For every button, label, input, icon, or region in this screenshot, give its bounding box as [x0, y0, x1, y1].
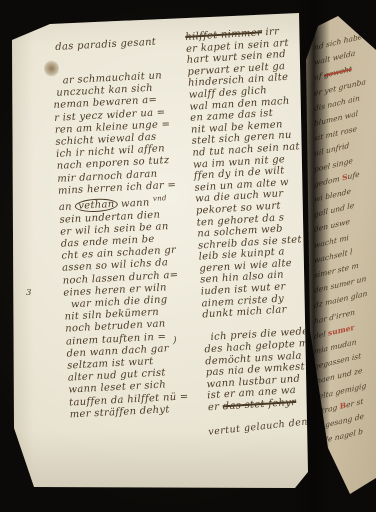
text-column-left: ar schmauchait un unczucht kan sichneman… — [52, 69, 210, 422]
manuscript-photo: nd sich habendwalt weldauf gewchter yet … — [0, 0, 376, 512]
margin-numeral: 3 — [26, 288, 32, 298]
running-title: das paradis gesant — [55, 37, 156, 53]
ink-stain — [44, 60, 59, 77]
